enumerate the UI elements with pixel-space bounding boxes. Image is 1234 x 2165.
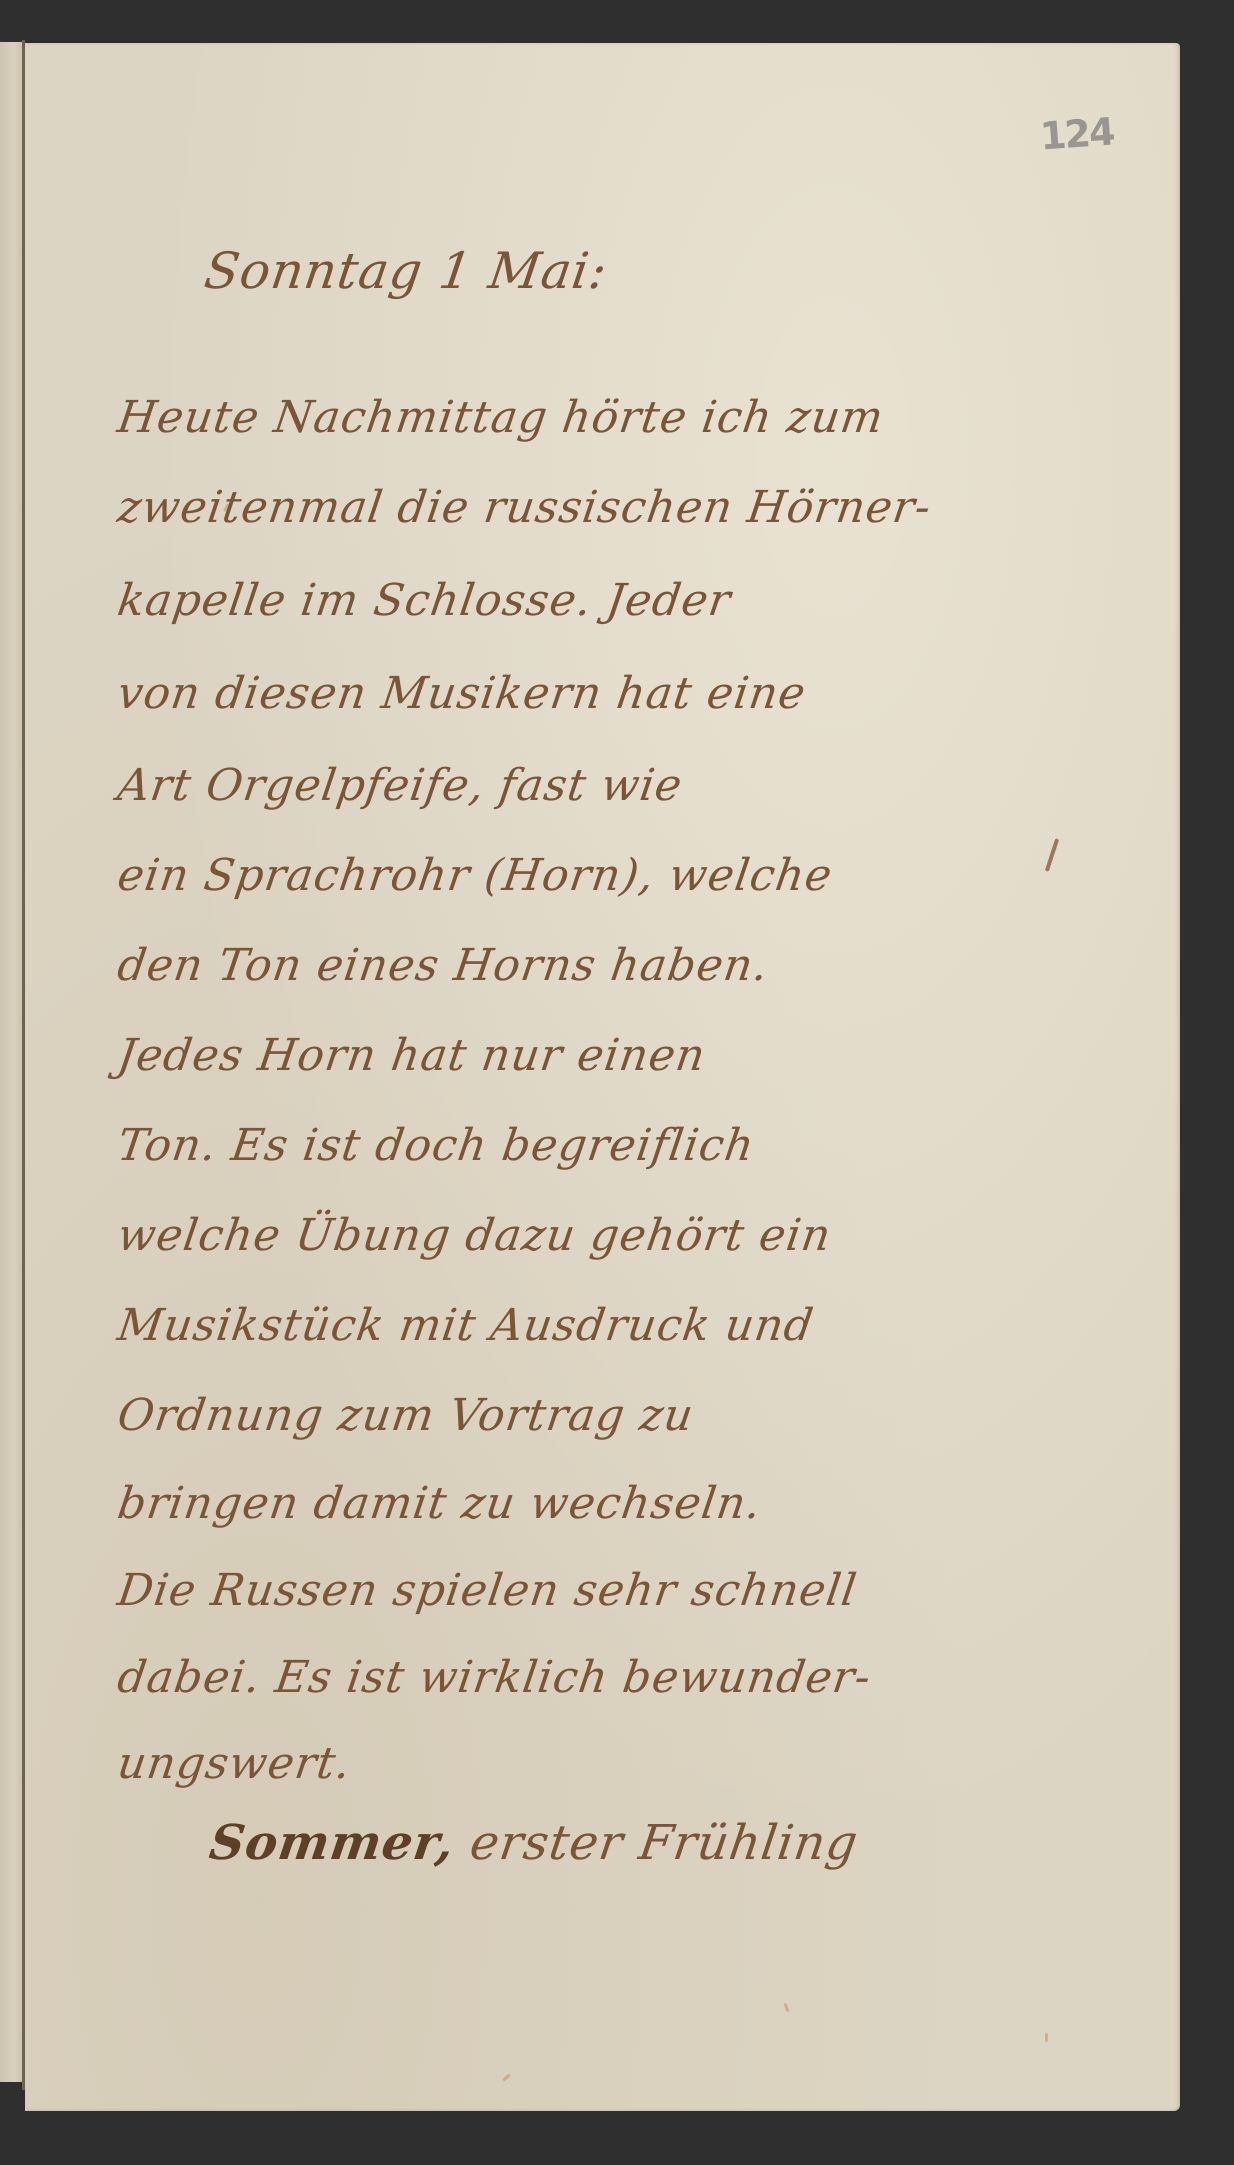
text-line-16: ungswert.	[114, 1738, 354, 1789]
closing-line: Sommer, erster Frühling	[206, 1815, 862, 1871]
text-line-10: welche Übung dazu gehört ein	[114, 1210, 834, 1261]
text-line-8: Jedes Horn hat nur einen	[114, 1030, 709, 1081]
folio-number: 124	[1039, 109, 1115, 158]
text-line-5: Art Orgelpfeife, fast wie	[114, 760, 685, 811]
text-line-6: ein Sprachrohr (Horn), welche	[114, 850, 835, 901]
text-line-14: Die Russen spielen sehr schnell	[114, 1565, 860, 1616]
text-line-13: bringen damit zu wechseln.	[114, 1478, 764, 1529]
text-line-3: kapelle im Schlosse. Jeder	[114, 575, 734, 626]
text-line-12: Ordnung zum Vortrag zu	[114, 1390, 697, 1441]
paper-speck	[784, 2003, 790, 2012]
entry-date-heading: Sonntag 1 Mai:	[201, 242, 611, 300]
closing-word-sommer: Sommer,	[206, 1815, 458, 1871]
text-line-15: dabei. Es ist wirklich bewunder-	[114, 1652, 874, 1703]
previous-page-edge	[0, 42, 24, 2082]
text-line-2: zweitenmal die russischen Hörner-	[114, 482, 934, 533]
text-line-9: Ton. Es ist doch begreiflich	[114, 1120, 757, 1171]
closing-rest: erster Frühling	[467, 1815, 862, 1871]
text-line-4: von diesen Musikern hat eine	[114, 668, 809, 719]
text-line-7: den Ton eines Horns haben.	[114, 940, 771, 991]
paper-speck	[1045, 2033, 1048, 2042]
text-line-11: Musikstück mit Ausdruck und	[114, 1300, 817, 1351]
paper-speck	[502, 2073, 511, 2081]
text-line-1: Heute Nachmittag hörte ich zum	[114, 392, 887, 443]
manuscript-scan: 124 Sonntag 1 Mai: Heute Nachmittag hört…	[0, 0, 1234, 2165]
